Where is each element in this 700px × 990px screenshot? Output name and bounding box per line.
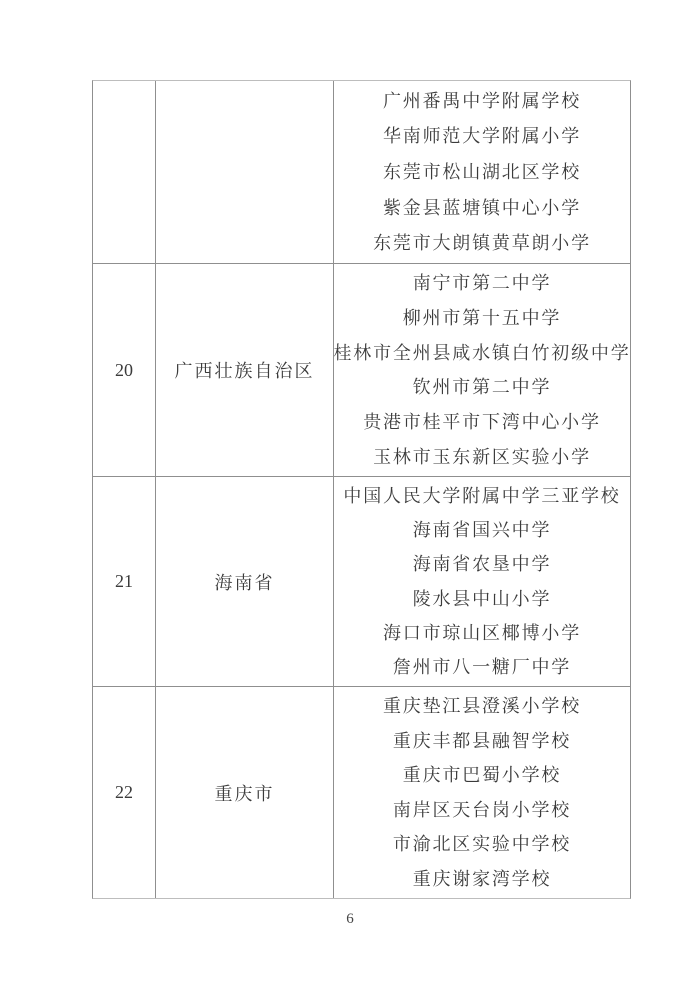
row-index-cell: 21 (93, 477, 156, 686)
school-name: 东莞市松山湖北区学校 (383, 161, 581, 183)
school-name: 海南省国兴中学 (413, 519, 552, 541)
table-row: 21 海南省 中国人民大学附属中学三亚学校 海南省国兴中学 海南省农垦中学 陵水… (93, 477, 630, 687)
region-cell: 广西壮族自治区 (156, 264, 334, 476)
document-page: 广州番禺中学附属学校 华南师范大学附属小学 东莞市松山湖北区学校 紫金县蓝塘镇中… (0, 0, 700, 990)
table-row: 广州番禺中学附属学校 华南师范大学附属小学 东莞市松山湖北区学校 紫金县蓝塘镇中… (93, 81, 630, 264)
schools-cell: 广州番禺中学附属学校 华南师范大学附属小学 东莞市松山湖北区学校 紫金县蓝塘镇中… (334, 81, 630, 263)
region-cell: 重庆市 (156, 687, 334, 898)
school-name: 詹州市八一糖厂中学 (393, 656, 571, 678)
school-name: 钦州市第二中学 (413, 376, 552, 398)
table-row: 22 重庆市 重庆垫江县澄溪小学校 重庆丰都县融智学校 重庆市巴蜀小学校 南岸区… (93, 687, 630, 898)
region-cell: 海南省 (156, 477, 334, 686)
school-name: 广州番禺中学附属学校 (383, 90, 581, 112)
schools-table: 广州番禺中学附属学校 华南师范大学附属小学 东莞市松山湖北区学校 紫金县蓝塘镇中… (92, 80, 631, 899)
school-name: 东莞市大朗镇黄草朗小学 (373, 232, 591, 254)
school-name: 重庆谢家湾学校 (413, 868, 552, 890)
page-number: 6 (0, 911, 700, 928)
school-name: 陵水县中山小学 (413, 588, 552, 610)
schools-cell: 重庆垫江县澄溪小学校 重庆丰都县融智学校 重庆市巴蜀小学校 南岸区天台岗小学校 … (334, 687, 630, 898)
row-index-cell: 22 (93, 687, 156, 898)
row-index-cell (93, 81, 156, 263)
schools-cell: 南宁市第二中学 柳州市第十五中学 桂林市全州县咸水镇白竹初级中学 钦州市第二中学… (334, 264, 630, 476)
school-name: 海口市琼山区椰博小学 (383, 622, 581, 644)
school-name: 桂林市全州县咸水镇白竹初级中学 (334, 342, 630, 364)
region-cell (156, 81, 334, 263)
school-name: 南岸区天台岗小学校 (393, 799, 571, 821)
table-row: 20 广西壮族自治区 南宁市第二中学 柳州市第十五中学 桂林市全州县咸水镇白竹初… (93, 264, 630, 477)
schools-cell: 中国人民大学附属中学三亚学校 海南省国兴中学 海南省农垦中学 陵水县中山小学 海… (334, 477, 630, 686)
school-name: 市渝北区实验中学校 (393, 833, 571, 855)
school-name: 重庆垫江县澄溪小学校 (383, 695, 581, 717)
school-name: 紫金县蓝塘镇中心小学 (383, 197, 581, 219)
school-name: 玉林市玉东新区实验小学 (373, 446, 591, 468)
school-name: 中国人民大学附属中学三亚学校 (343, 485, 620, 507)
school-name: 重庆丰都县融智学校 (393, 730, 571, 752)
school-name: 柳州市第十五中学 (403, 307, 561, 329)
row-index-cell: 20 (93, 264, 156, 476)
school-name: 重庆市巴蜀小学校 (403, 764, 561, 786)
school-name: 海南省农垦中学 (413, 553, 552, 575)
school-name: 贵港市桂平市下湾中心小学 (363, 411, 601, 433)
school-name: 南宁市第二中学 (413, 272, 552, 294)
school-name: 华南师范大学附属小学 (383, 125, 581, 147)
